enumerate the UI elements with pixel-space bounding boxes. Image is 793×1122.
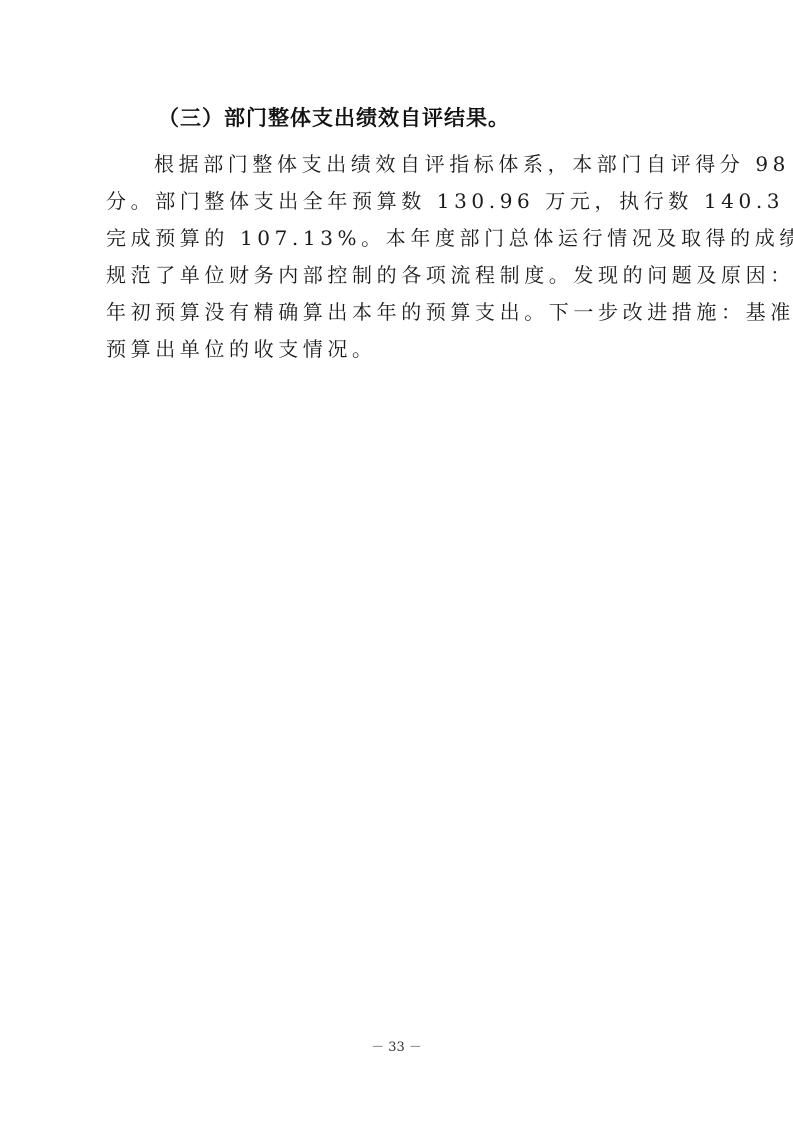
paragraph: 根据部门整体支出绩效自评指标体系，本部门自评得分 98 分。部门整体支出全年预算… — [106, 146, 694, 368]
paragraph-line: 根据部门整体支出绩效自评指标体系，本部门自评得分 98 — [106, 146, 694, 183]
section-heading: （三）部门整体支出绩效自评结果。 — [158, 102, 510, 132]
paragraph-line: 预算出单位的收支情况。 — [106, 331, 694, 368]
document-page: （三）部门整体支出绩效自评结果。 根据部门整体支出绩效自评指标体系，本部门自评得… — [0, 0, 793, 1122]
paragraph-line: 完成预算的 107.13%。本年度部门总体运行情况及取得的成绩： — [106, 220, 694, 257]
paragraph-line: 分。部门整体支出全年预算数 130.96 万元，执行数 140.3 万元， — [106, 183, 694, 220]
page-number: － 33 － — [0, 1036, 793, 1055]
paragraph-line: 规范了单位财务内部控制的各项流程制度。发现的问题及原因： — [106, 257, 694, 294]
paragraph-line: 年初预算没有精确算出本年的预算支出。下一步改进措施：基准 — [106, 294, 694, 331]
